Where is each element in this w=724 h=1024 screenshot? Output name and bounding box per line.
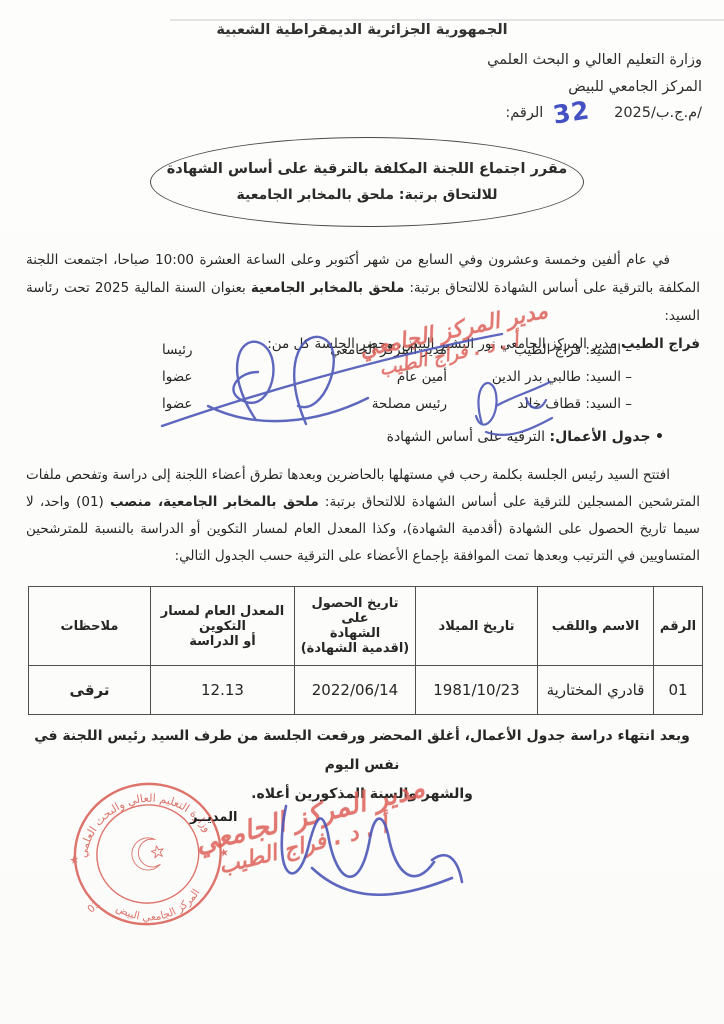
dash-marker: –: [625, 396, 632, 412]
cell-birthdate: 1981/10/23: [416, 666, 538, 715]
col-header-degree-date: تاريخ الحصول على الشهادة (اقدمية الشهادة…: [295, 587, 416, 666]
cell-name: قادري المختارية: [538, 666, 654, 715]
promotion-results-table: الرقم الاسم واللقب تاريخ الميلاد تاريخ ا…: [28, 586, 703, 715]
ministry-line: وزارة التعليم العالي و البحث العلمي: [487, 52, 702, 68]
scan-artifact-line: [170, 19, 724, 21]
table-header-row: الرقم الاسم واللقب تاريخ الميلاد تاريخ ا…: [29, 587, 703, 666]
col-header-average: المعدل العام لمسار التكوين أو الدراسة: [151, 587, 295, 666]
dash-marker: –: [625, 369, 632, 385]
title-line-1: مقرر اجتماع اللجنة المكلفة بالترقية على …: [167, 161, 568, 177]
handwritten-reference-number: 32: [551, 95, 592, 129]
reference-number-line: الرقم: 32 /م.ج.ب/2025: [505, 98, 702, 127]
body-paragraph: افتتح السيد رئيس الجلسة بكلمة رحب في مست…: [26, 462, 700, 570]
col-header-notes: ملاحظات: [29, 587, 151, 666]
document-title-oval: مقرر اجتماع اللجنة المكلفة بالترقية على …: [150, 137, 584, 227]
agenda-label: جدول الأعمال:: [550, 429, 651, 445]
director-signature-middle: [156, 326, 506, 434]
university-center-line: المركز الجامعي للبيض: [568, 79, 702, 95]
reference-label: الرقم:: [505, 105, 543, 121]
title-line-2: للالتحاق برتبة: ملحق بالمخابر الجامعية: [237, 187, 498, 203]
seal-number: 01: [86, 899, 103, 916]
table-row: 01 قادري المختارية 1981/10/23 2022/06/14…: [29, 666, 703, 715]
secretary-signature: [466, 362, 558, 452]
col-header-name: الاسم واللقب: [538, 587, 654, 666]
closing-line-1: وبعد انتهاء دراسة جدول الأعمال، أغلق الم…: [34, 722, 690, 780]
cell-number: 01: [654, 666, 703, 715]
bullet-marker: •: [655, 429, 664, 445]
cell-average: 12.13: [151, 666, 295, 715]
col-header-birthdate: تاريخ الميلاد: [416, 587, 538, 666]
intro-bold-president: فراج الطيب: [621, 336, 700, 352]
col-header-number: الرقم: [654, 587, 703, 666]
republic-title: الجمهورية الجزائرية الديمقراطية الشعبية: [0, 22, 724, 38]
body-bold-rank: ملحق بالمخابر الجامعية، منصب: [110, 494, 319, 510]
dash-marker: –: [625, 342, 632, 358]
director-signature-bottom: [252, 790, 472, 912]
scanned-document-page: الجمهورية الجزائرية الديمقراطية الشعبية …: [0, 0, 724, 1024]
cell-note: ترقى: [29, 666, 151, 715]
reference-suffix: /م.ج.ب/2025: [614, 105, 702, 121]
intro-bold-rank: ملحق بالمخابر الجامعية: [251, 280, 404, 296]
cell-degree-date: 2022/06/14: [295, 666, 416, 715]
